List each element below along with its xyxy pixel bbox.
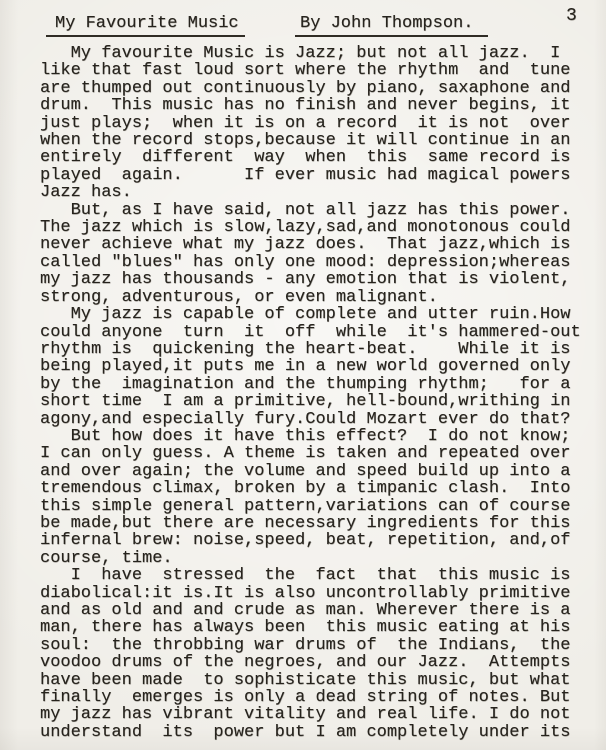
essay-byline: By John Thompson. [295, 15, 488, 37]
essay-byline-text: By John Thompson. [300, 14, 473, 33]
paragraph-5: I have stressed the fact that this music… [40, 567, 580, 741]
essay-title: My Favourite Music [46, 15, 245, 37]
paragraph-3: My jazz is capable of complete and utter… [40, 306, 580, 428]
page-number: 3 [566, 6, 577, 26]
document-page: My Favourite Music By John Thompson. 3 M… [0, 0, 606, 750]
paragraph-4: But how does it have this effect? I do n… [40, 428, 580, 567]
essay-body: My favourite Music is Jazz; but not all … [40, 45, 580, 741]
paragraph-2: But, as I have said, not all jazz has th… [40, 202, 580, 306]
essay-title-text: My Favourite Music [55, 14, 239, 33]
paragraph-1: My favourite Music is Jazz; but not all … [40, 45, 580, 202]
